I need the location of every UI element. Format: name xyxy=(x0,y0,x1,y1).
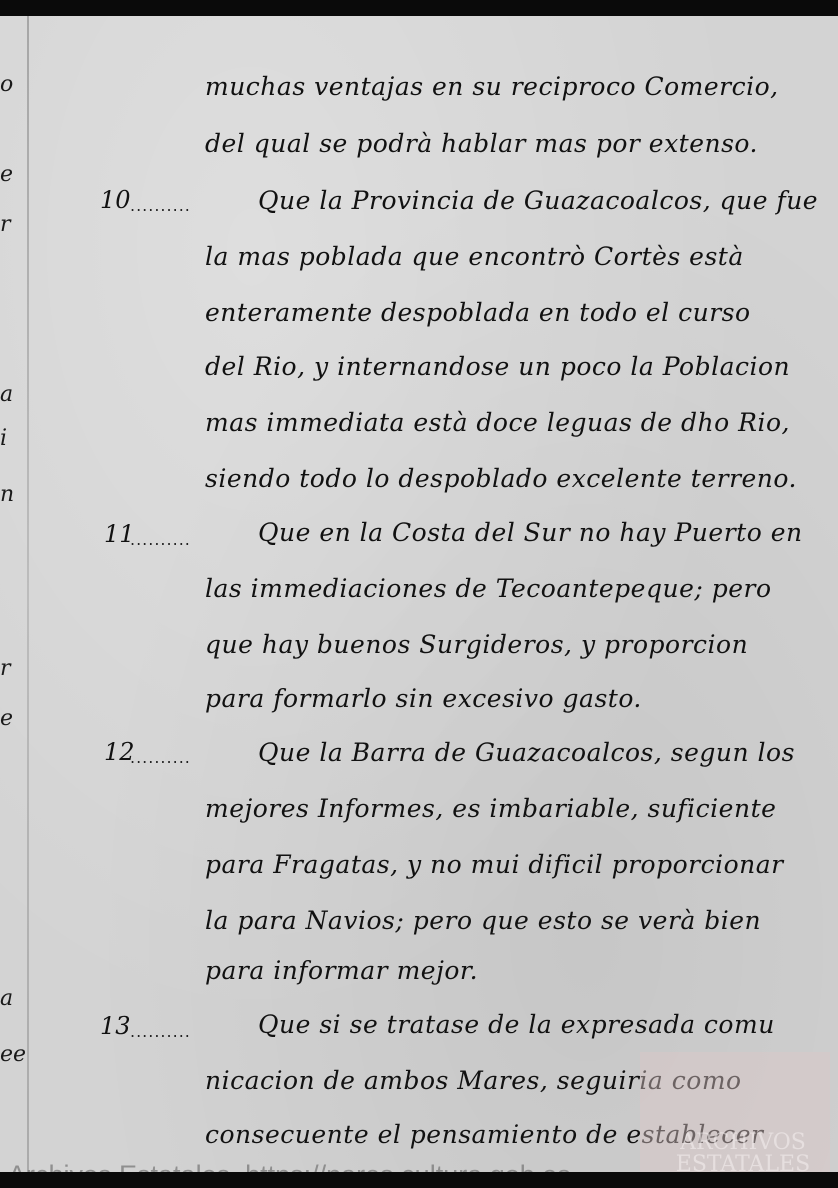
margin-fragment: a xyxy=(0,382,13,407)
leader-dots: .......... xyxy=(130,530,191,549)
margin-fragment: e xyxy=(0,162,13,187)
margin-fragment: i xyxy=(0,426,7,451)
text-line: muchas ventajas en su reciproco Comercio… xyxy=(205,72,779,101)
scan-border xyxy=(0,1174,838,1188)
margin-fragment: r xyxy=(0,212,11,237)
archive-watermark: Archivos Estatales, https://pares.cultur… xyxy=(8,1160,571,1172)
text-line: del Rio, y internandose un poco la Pobla… xyxy=(205,352,790,381)
margin-fragment: n xyxy=(0,482,14,507)
page-fold-line xyxy=(27,16,29,1172)
text-line: mejores Informes, es imbariable, suficie… xyxy=(205,794,776,823)
margin-fragment: ee xyxy=(0,1042,26,1067)
text-line: para formarlo sin excesivo gasto. xyxy=(205,684,642,713)
text-line: Que la Provincia de Guazacoalcos, que fu… xyxy=(258,186,818,215)
margin-fragment: o xyxy=(0,72,13,97)
margin-fragment: e xyxy=(0,706,13,731)
leader-dots: .......... xyxy=(130,1022,191,1041)
text-line: Que la Barra de Guazacoalcos, segun los xyxy=(258,738,795,767)
text-line: para informar mejor. xyxy=(205,956,478,985)
item-number: 13 xyxy=(100,1012,131,1040)
margin-fragment: r xyxy=(0,656,11,681)
archive-stamp-text: ARCHIVOS ESTATALES xyxy=(668,1132,818,1172)
margin-fragment: a xyxy=(0,986,13,1011)
text-line: del qual se podrà hablar mas por extenso… xyxy=(205,129,758,158)
text-line: para Fragatas, y no mui dificil proporci… xyxy=(205,850,784,879)
text-line: la mas poblada que encontrò Cortès està xyxy=(205,242,744,271)
text-line: que hay buenos Surgideros, y proporcion xyxy=(205,630,748,659)
manuscript-page: o e r a i n r e a ee muchas ventajas en … xyxy=(0,16,838,1172)
text-line: Que en la Costa del Sur no hay Puerto en xyxy=(258,518,803,547)
leader-dots: .......... xyxy=(130,748,191,767)
text-line: enteramente despoblada en todo el curso xyxy=(205,298,751,327)
text-line: siendo todo lo despoblado excelente terr… xyxy=(205,464,797,493)
item-number: 10 xyxy=(100,186,131,214)
text-line: Que si se tratase de la expresada comu xyxy=(258,1010,775,1039)
text-line: las immediaciones de Tecoantepeque; pero xyxy=(205,574,772,603)
leader-dots: .......... xyxy=(130,196,191,215)
stamp-line: ARCHIVOS xyxy=(668,1132,818,1154)
text-line: la para Navios; pero que esto se verà bi… xyxy=(205,906,761,935)
stamp-line: ESTATALES xyxy=(668,1154,818,1172)
text-line: mas immediata està doce leguas de dho Ri… xyxy=(205,408,790,437)
